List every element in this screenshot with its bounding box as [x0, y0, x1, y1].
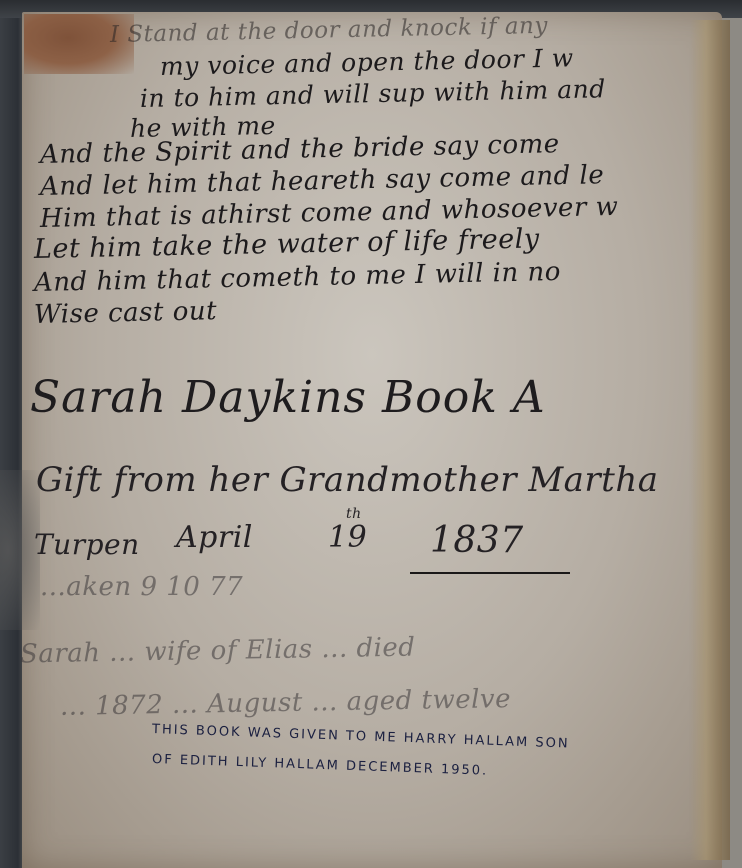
date-line-month: April [176, 520, 253, 555]
date-line-name: Turpen [34, 528, 140, 561]
torn-right-edge [690, 20, 730, 860]
date-line-day: 19 [328, 520, 367, 555]
pencil-note-1: ...aken 9 10 77 [40, 572, 243, 602]
date-line-year: 1837 [430, 520, 524, 561]
gift-line: Gift from her Grandmother Martha [36, 460, 659, 500]
owner-title: Sarah Daykins Book A [30, 372, 546, 423]
date-line-day-suffix: th [346, 506, 362, 522]
year-underline [410, 572, 570, 574]
verse-line-10: Wise cast out [34, 296, 218, 330]
